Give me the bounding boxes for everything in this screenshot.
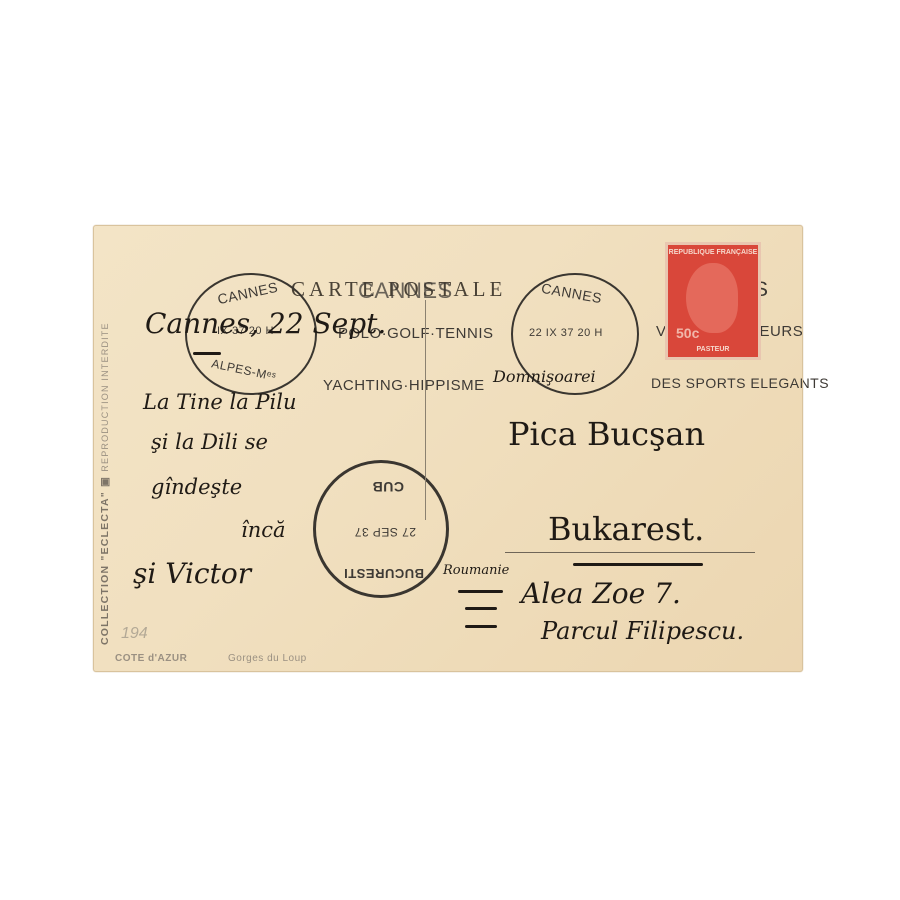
recipient-street: Alea Zoe 7. bbox=[521, 577, 681, 610]
pencil-note: 194 bbox=[121, 625, 148, 643]
cancel-ville-des-fleurs: VILLE DES FLEURS bbox=[656, 323, 803, 340]
recipient-country: Roumanie bbox=[443, 563, 509, 578]
message-line-4: încă bbox=[241, 518, 286, 542]
publisher-side-text: COLLECTION "ECLECTA" ▣ REPRODUCTION INTE… bbox=[99, 322, 111, 645]
cancel-cannes-right: CANNES bbox=[678, 278, 769, 302]
recipient-district: Parcul Filipescu. bbox=[541, 617, 744, 645]
cancel-cannes-overprint: CANNES bbox=[358, 278, 453, 304]
cancel-sports-elegants: DES SPORTS ELEGANTS bbox=[651, 375, 829, 391]
address-rule bbox=[505, 552, 755, 553]
recipient-city: Bukarest. bbox=[548, 510, 704, 548]
postage-stamp-pasteur: REPUBLIQUE FRANÇAISE 50c PASTEUR bbox=[668, 245, 758, 357]
postmark-cannes-2: CANNES 22 IX 37 20 H bbox=[511, 273, 639, 395]
footer-region: COTE d'AZUR bbox=[115, 653, 187, 664]
message-line-1: La Tine la Pilu bbox=[143, 390, 297, 414]
postmark-bucuresti: CUB 27 SEP 37 BUCURESTI bbox=[313, 460, 449, 598]
message-line-2: şi la Dili se bbox=[151, 430, 268, 454]
divider-line bbox=[425, 300, 426, 520]
footer-title: Gorges du Loup bbox=[228, 653, 307, 664]
recipient-title: Domnişoarei bbox=[493, 367, 596, 386]
recipient-name: Pica Bucşan bbox=[508, 415, 705, 453]
message-line-3: gîndeşte bbox=[151, 475, 242, 499]
pasteur-portrait-icon bbox=[686, 263, 738, 333]
cancel-line-yachting: YACHTING·HIPPISME bbox=[323, 377, 485, 394]
postcard: COLLECTION "ECLECTA" ▣ REPRODUCTION INTE… bbox=[93, 225, 803, 672]
postcard-header: CARTE POSTALE bbox=[291, 277, 506, 302]
cancel-line-polo: POLO·GOLF·TENNIS bbox=[338, 325, 494, 342]
handwritten-place-date: Cannes, 22 Sept. bbox=[145, 307, 386, 340]
postmark-cannes-1: CANNES IX 37 20 H ALPES-Mᵉˢ bbox=[185, 273, 317, 395]
message-signature: şi Victor bbox=[133, 557, 251, 590]
